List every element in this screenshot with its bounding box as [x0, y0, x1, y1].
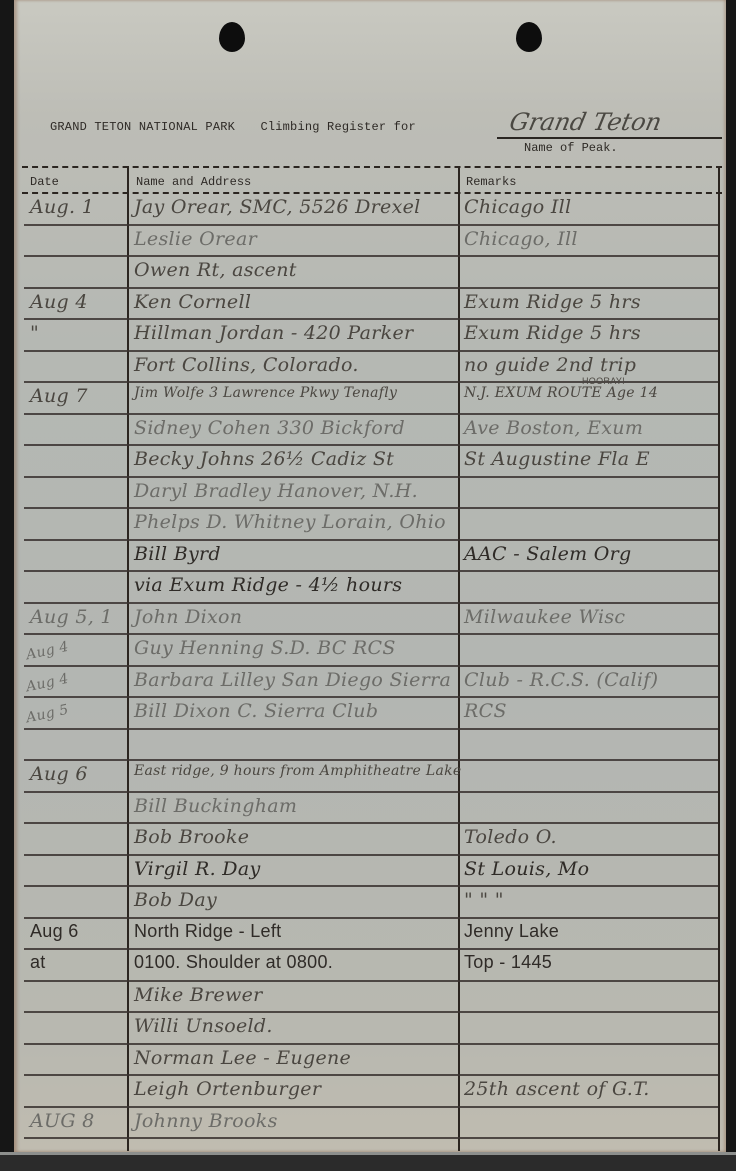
ruled-line — [24, 224, 718, 226]
entry-name: Becky Johns 26½ Cadiz St — [134, 448, 394, 470]
entry-name: East ridge, 9 hours from Amphitheatre La… — [134, 763, 461, 779]
entry-name: Phelps D. Whitney Lorain, Ohio — [134, 511, 446, 533]
entry-name: Bill Byrd — [134, 543, 221, 565]
entry-name: Leigh Ortenburger — [134, 1078, 321, 1100]
entry-remarks: N.J. EXUM ROUTE Age 14 — [464, 385, 658, 401]
margin-note: Aug 4 — [25, 639, 70, 664]
ruled-line — [24, 255, 718, 257]
entry-date: AUG 8 — [30, 1110, 95, 1132]
entry-name: Jay Orear, SMC, 5526 Drexel — [134, 196, 421, 218]
entry-remarks: " " " — [464, 889, 504, 911]
entry-date: Aug 6 — [30, 921, 79, 942]
entry-name: Guy Henning S.D. BC RCS — [134, 637, 396, 659]
frame-edge — [0, 1152, 736, 1171]
ruled-line — [24, 980, 718, 982]
entry-remarks: Club - R.C.S. (Calif) — [464, 669, 658, 691]
entry-note: HOORAY! — [582, 376, 625, 386]
ruled-line — [24, 539, 718, 541]
entry-remarks: no guide 2nd trip — [464, 354, 636, 376]
ruled-line — [24, 1106, 718, 1108]
ruled-line — [24, 476, 718, 478]
column-header-remarks: Remarks — [466, 175, 516, 189]
entry-name: Barbara Lilley San Diego Sierra — [134, 669, 451, 691]
ruled-line — [24, 822, 718, 824]
entry-name: North Ridge - Left — [134, 921, 281, 942]
column-header-date: Date — [30, 175, 59, 189]
register-label: Climbing Register for — [260, 120, 415, 134]
entry-remarks: Top - 1445 — [464, 952, 552, 973]
ruled-line — [24, 318, 718, 320]
ruled-line — [24, 728, 718, 730]
entry-date: " — [30, 322, 39, 344]
peak-underline — [497, 137, 722, 139]
entry-date: Aug. 1 — [30, 196, 94, 218]
entry-name: Johnny Brooks — [134, 1110, 278, 1132]
entry-date: Aug 7 — [30, 385, 88, 407]
entry-date: Aug 5, 1 — [30, 606, 113, 628]
entry-remarks: 25th ascent of G.T. — [464, 1078, 650, 1100]
entry-name: Mike Brewer — [134, 984, 263, 1006]
entry-name: Bob Brooke — [134, 826, 249, 848]
column-header-name: Name and Address — [136, 175, 251, 189]
entry-remarks: Chicago, Ill — [464, 228, 578, 250]
entry-remarks: St Louis, Mo — [464, 858, 589, 880]
ruled-line — [24, 948, 718, 950]
entry-name: Sidney Cohen 330 Bickford — [134, 417, 405, 439]
entry-name: Bill Dixon C. Sierra Club — [134, 700, 378, 722]
ruled-line — [24, 602, 718, 604]
entry-name: Bill Buckingham — [134, 795, 297, 817]
entry-name: Willi Unsoeld. — [134, 1015, 273, 1037]
entry-name: Bob Day — [134, 889, 217, 911]
entry-name: via Exum Ridge - 4½ hours — [134, 574, 402, 596]
register-table: Date Name and Address Remarks Aug. 1Jay … — [22, 166, 722, 1151]
column-divider — [458, 166, 460, 1151]
entry-date: Aug 4 — [30, 291, 88, 313]
entry-remarks: Chicago Ill — [464, 196, 571, 218]
ruled-line — [24, 854, 718, 856]
entry-date: Aug 6 — [30, 763, 88, 785]
ruled-line — [24, 633, 718, 635]
entry-remarks: Toledo O. — [464, 826, 557, 848]
ruled-line — [24, 413, 718, 415]
entry-name: Norman Lee - Eugene — [134, 1047, 351, 1069]
ruled-line — [24, 1137, 718, 1139]
ruled-line — [24, 1011, 718, 1013]
entry-name: Leslie Orear — [134, 228, 257, 250]
ruled-line — [24, 1043, 718, 1045]
entry-name: Owen Rt, ascent — [134, 259, 297, 281]
register-header: GRAND TETON NATIONAL PARK Climbing Regis… — [50, 120, 434, 134]
entry-name: John Dixon — [134, 606, 242, 628]
park-name: GRAND TETON NATIONAL PARK — [50, 120, 235, 134]
entry-name: Hillman Jordan - 420 Parker — [134, 322, 413, 344]
ruled-line — [24, 696, 718, 698]
peak-caption: Name of Peak. — [524, 141, 618, 155]
entry-name: Jim Wolfe 3 Lawrence Pkwy Tenafly — [134, 385, 397, 401]
entry-remarks: Exum Ridge 5 hrs — [464, 291, 641, 313]
punch-hole — [219, 22, 245, 52]
ruled-line — [24, 507, 718, 509]
punch-hole — [516, 22, 542, 52]
entry-remarks: Jenny Lake — [464, 921, 559, 942]
margin-note: Aug 5 — [25, 702, 70, 727]
column-divider — [127, 166, 129, 1151]
entry-name: Virgil R. Day — [134, 858, 260, 880]
ruled-line — [24, 287, 718, 289]
ruled-line — [24, 885, 718, 887]
ruled-line — [24, 791, 718, 793]
entry-name: Daryl Bradley Hanover, N.H. — [134, 480, 418, 502]
column-divider — [718, 166, 720, 1151]
entry-remarks: AAC - Salem Org — [464, 543, 632, 565]
ruled-line — [24, 350, 718, 352]
ruled-line — [24, 1074, 718, 1076]
entry-name: Ken Cornell — [134, 291, 251, 313]
entry-remarks: RCS — [464, 700, 507, 722]
entry-name: 0100. Shoulder at 0800. — [134, 952, 333, 973]
entry-remarks: Exum Ridge 5 hrs — [464, 322, 641, 344]
entry-name: Fort Collins, Colorado. — [134, 354, 359, 376]
ruled-line — [24, 444, 718, 446]
peak-name: Grand Teton — [507, 108, 723, 136]
entry-remarks: Ave Boston, Exum — [464, 417, 643, 439]
ruled-line — [24, 570, 718, 572]
entry-remarks: Milwaukee Wisc — [464, 606, 625, 628]
ruled-line — [24, 759, 718, 761]
entry-remarks: St Augustine Fla E — [464, 448, 650, 470]
ruled-line — [24, 665, 718, 667]
margin-note: Aug 4 — [25, 670, 70, 695]
entry-date: at — [30, 952, 46, 973]
ruled-line — [24, 917, 718, 919]
